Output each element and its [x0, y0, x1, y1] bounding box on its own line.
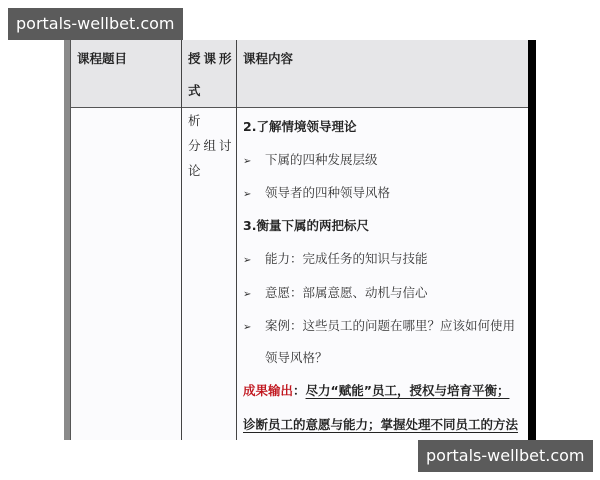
bullet-arrow-icon: ➢ — [243, 189, 265, 200]
header-format-line1: 授课形 — [188, 50, 235, 67]
list-item: ➢案例：这些员工的问题在哪里？应该如何使用 — [243, 316, 515, 334]
list-item: ➢意愿：部属意愿、动机与信心 — [243, 283, 428, 301]
format-line: 析 — [188, 112, 204, 129]
section-title: 3.衡量下属的两把标尺 — [243, 216, 369, 234]
bullet-arrow-icon: ➢ — [243, 255, 265, 266]
course-table: 课程题目 授课形 式 课程内容 析 分组讨 论 2.了解情境领导理论 ➢下属的四… — [70, 40, 529, 440]
document-table-image: 课程题目 授课形 式 课程内容 析 分组讨 论 2.了解情境领导理论 ➢下属的四… — [64, 40, 536, 440]
column-divider — [236, 40, 237, 440]
bullet-arrow-icon: ➢ — [243, 289, 265, 300]
result-text: 尽力“赋能”员工，授权与培育平衡； — [306, 383, 510, 398]
list-item-continuation: 领导风格？ — [265, 348, 328, 366]
format-line: 论 — [188, 162, 204, 179]
right-edge — [528, 40, 536, 440]
bullet-arrow-icon: ➢ — [243, 322, 265, 333]
format-line: 分组讨 — [188, 137, 235, 154]
table-header-row — [71, 40, 529, 108]
section-title: 2.了解情境领导理论 — [243, 117, 356, 135]
result-text-line2: 诊断员工的意愿与能力；掌握处理不同员工的方法 — [243, 415, 518, 433]
header-course-title: 课程题目 — [77, 50, 127, 67]
list-item: ➢能力：完成任务的知识与技能 — [243, 249, 428, 267]
watermark-top: portals-wellbet.com — [8, 8, 183, 40]
result-output: 成果输出：尽力“赋能”员工，授权与培育平衡； — [243, 381, 509, 399]
header-course-content: 课程内容 — [243, 50, 293, 67]
list-item: ➢领导者的四种领导风格 — [243, 183, 390, 201]
result-label: 成果输出 — [243, 383, 293, 398]
bullet-arrow-icon: ➢ — [243, 156, 265, 167]
header-format-line2: 式 — [188, 82, 204, 99]
column-divider — [181, 40, 182, 440]
watermark-bottom: portals-wellbet.com — [418, 440, 593, 472]
list-item: ➢下属的四种发展层级 — [243, 150, 378, 168]
